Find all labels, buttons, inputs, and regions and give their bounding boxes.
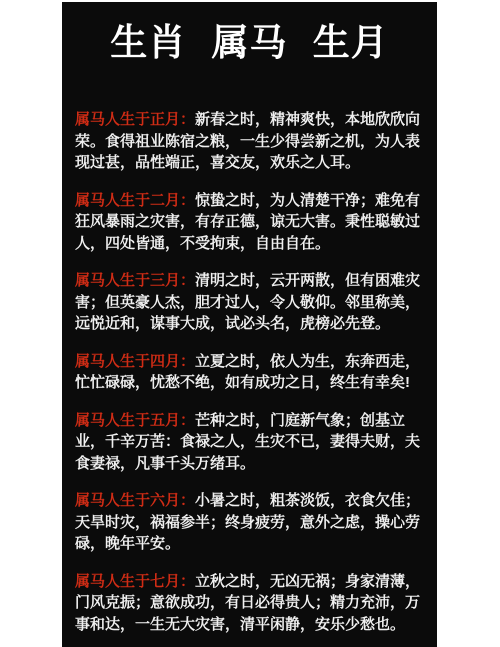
month-2-label: 属马人生于二月： bbox=[75, 192, 195, 209]
month-6-label: 属马人生于六月： bbox=[75, 492, 195, 509]
month-section-7: 属马人生于七月：立秋之时，无凶无祸；身家清薄，门风克振；意欲成功，有日必得贵人；… bbox=[75, 571, 427, 636]
page-background: { "colors": { "panel_bg": "#0b0b0b", "ac… bbox=[0, 0, 500, 647]
month-section-1: 属马人生于正月：新春之时，精神爽快，本地欣欣向荣。食得祖业陈宿之粮，一生少得尝新… bbox=[75, 109, 427, 174]
month-section-4: 属马人生于四月：立夏之时，依人为生，东奔西走，忙忙碌碌，忧愁不绝，如有成功之日，… bbox=[75, 351, 427, 394]
poster-panel: 生肖 属马 生月 属马人生于正月：新春之时，精神爽快，本地欣欣向荣。食得祖业陈宿… bbox=[62, 2, 437, 647]
month-4-label: 属马人生于四月： bbox=[75, 353, 195, 370]
sections-container: 属马人生于正月：新春之时，精神爽快，本地欣欣向荣。食得祖业陈宿之粮，一生少得尝新… bbox=[62, 64, 437, 635]
month-section-2: 属马人生于二月：惊蛰之时，为人清楚干净；难免有狂风暴雨之灾害，有存正德，谅无大害… bbox=[75, 190, 427, 255]
month-1-label: 属马人生于正月： bbox=[75, 111, 195, 128]
month-7-label: 属马人生于七月： bbox=[75, 573, 195, 590]
month-section-6: 属马人生于六月：小暑之时，粗茶淡饭，衣食欠佳；天旱时灾，祸福参半；终身疲劳，意外… bbox=[75, 490, 427, 555]
month-3-label: 属马人生于三月： bbox=[75, 272, 195, 289]
month-section-5: 属马人生于五月：芒种之时，门庭新气象；创基立业，千辛万苦：食禄之人，生灾不已，妻… bbox=[75, 410, 427, 475]
month-5-label: 属马人生于五月： bbox=[75, 412, 195, 429]
page-title: 生肖 属马 生月 bbox=[62, 22, 437, 64]
month-section-3: 属马人生于三月：清明之时，云开两散，但有困难灾害；但英豪人杰，胆才过人，令人敬仰… bbox=[75, 270, 427, 335]
